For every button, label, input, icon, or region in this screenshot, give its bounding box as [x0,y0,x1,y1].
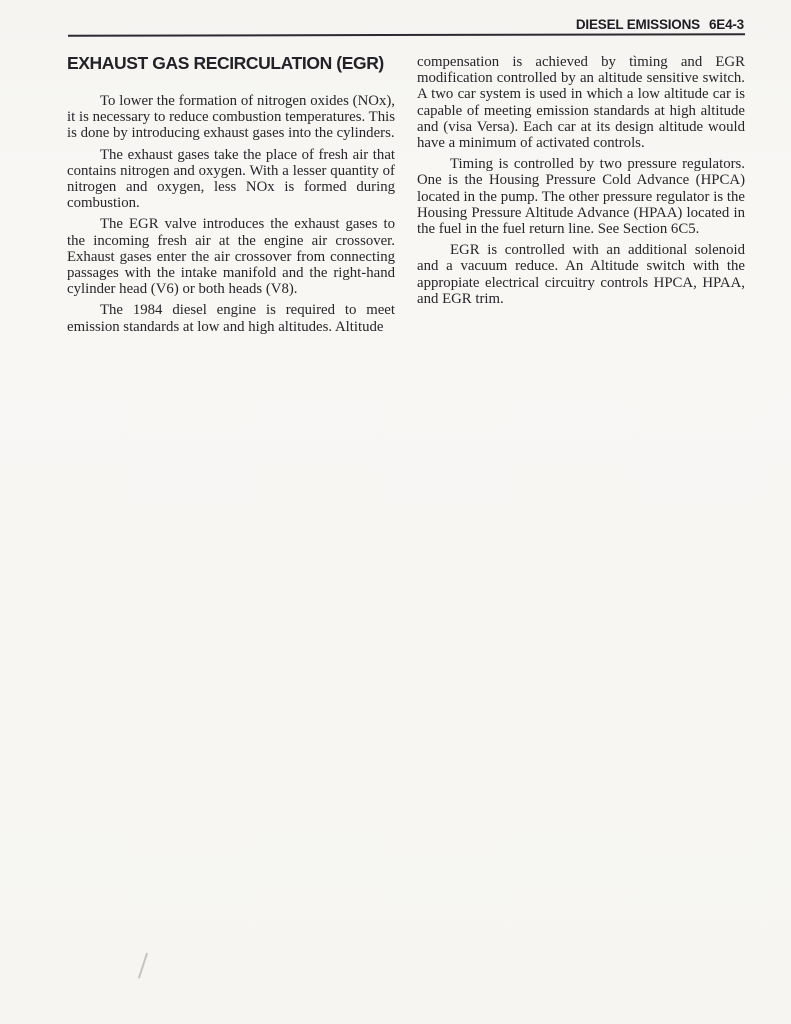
header-page-number: 6E4-3 [709,17,744,32]
paragraph: To lower the formation of nitrogen oxide… [67,93,395,142]
paragraph: Timing is controlled by two pressure reg… [417,156,745,237]
article-title: EXHAUST GAS RECIRCULATION (EGR) [67,53,395,73]
left-column: EXHAUST GAS RECIRCULATION (EGR) To lower… [67,52,395,340]
right-column: compensation is achieved by tìming and E… [417,52,745,312]
manual-page: DIESEL EMISSIONS6E4-3 EXHAUST GAS RECIRC… [0,0,791,1024]
text-columns: EXHAUST GAS RECIRCULATION (EGR) To lower… [67,52,745,340]
page-header: DIESEL EMISSIONS6E4-3 [576,17,744,32]
header-section-title: DIESEL EMISSIONS [576,17,700,32]
paragraph: The 1984 diesel engine is required to me… [67,302,395,334]
paragraph: EGR is controlled with an additional sol… [417,242,745,307]
paragraph: compensation is achieved by tìming and E… [417,54,745,151]
paragraph: The EGR valve introduces the exhaust gas… [67,216,395,297]
header-rule [68,33,745,36]
pencil-mark [138,952,148,978]
paragraph: The exhaust gases take the place of fres… [67,147,395,212]
